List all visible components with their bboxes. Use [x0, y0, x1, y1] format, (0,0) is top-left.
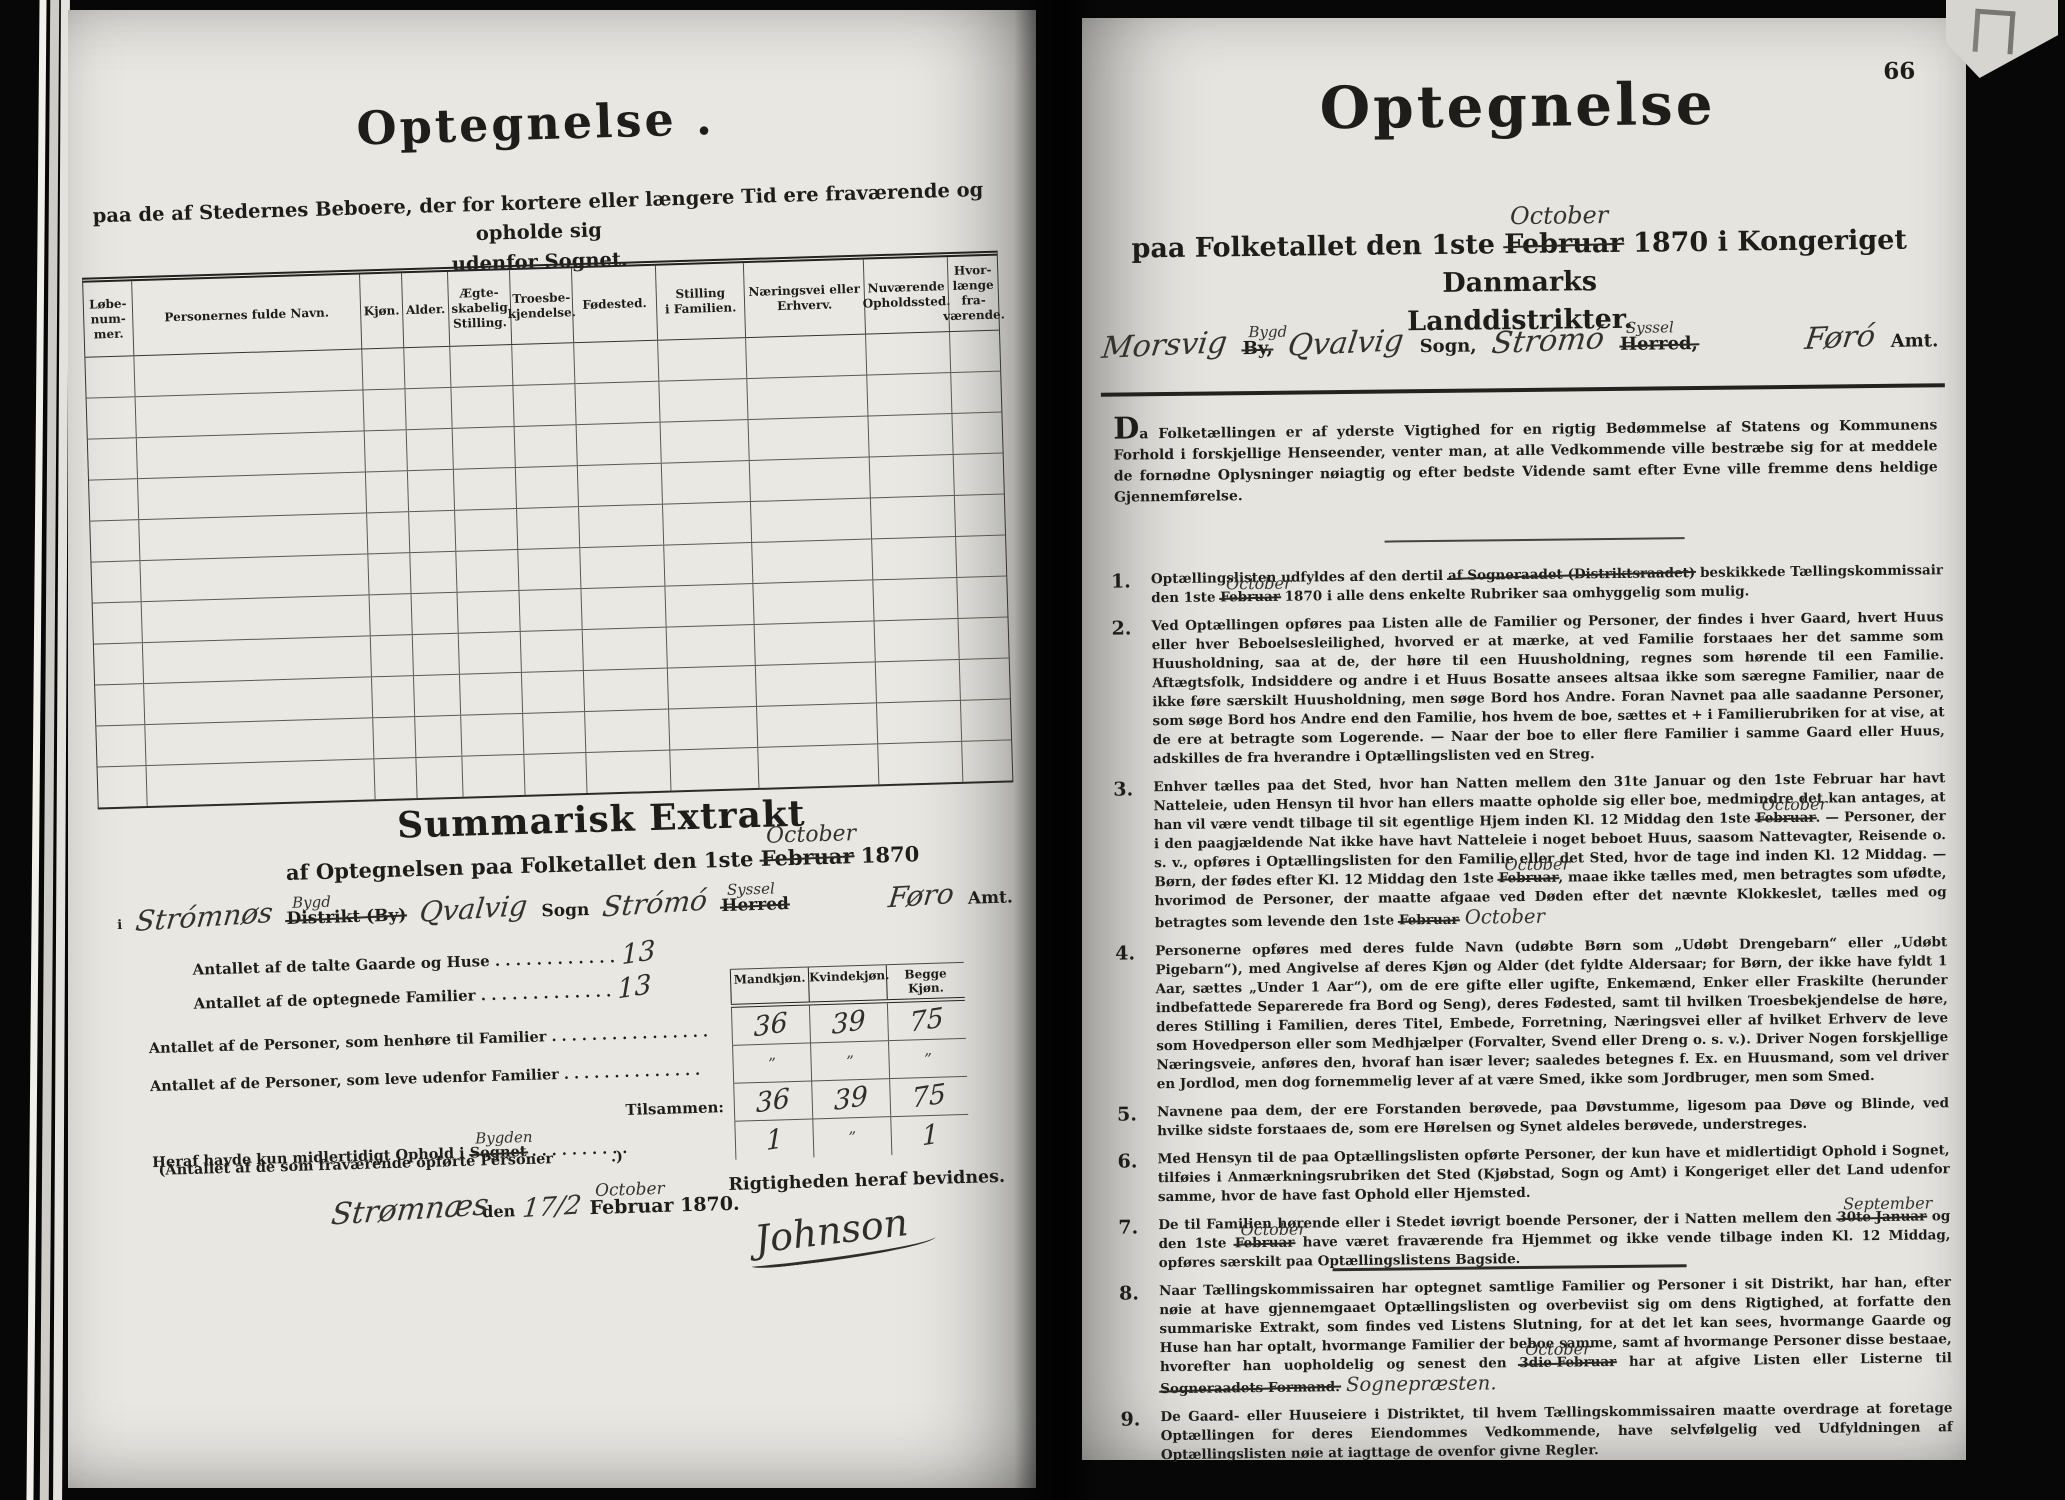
table-cell — [452, 427, 515, 469]
handwritten-value: ” — [848, 1128, 856, 1146]
table-cell — [949, 331, 1000, 372]
parish-label: Sogn, — [1420, 336, 1477, 358]
correction: FebruarOctober — [1235, 1234, 1295, 1254]
table-cell — [143, 677, 372, 724]
table-cell — [516, 507, 579, 549]
district-pre: i — [117, 918, 122, 933]
table-cell — [752, 580, 873, 624]
by-label-corrected: By,Bygd — [1243, 338, 1273, 359]
table-cell — [871, 537, 956, 579]
correction: 30te JanuarSeptember — [1837, 1207, 1926, 1227]
table-cell — [669, 748, 758, 791]
table-cell — [95, 684, 144, 725]
table-cell — [90, 520, 139, 561]
table-cell — [512, 384, 575, 426]
handwritten-value: 75 — [910, 1002, 944, 1038]
table-cell — [658, 379, 747, 422]
table-cell — [404, 388, 451, 429]
table-cell — [138, 513, 367, 560]
table-cell — [514, 425, 577, 467]
table-cell — [661, 461, 750, 504]
table-cell — [135, 390, 364, 437]
table-cell — [579, 546, 664, 588]
summary-value-cell: 39 — [809, 1003, 888, 1042]
table-cell — [953, 454, 1004, 495]
table-cell — [407, 470, 454, 511]
table-cell — [412, 634, 459, 675]
table-cell — [876, 701, 961, 743]
handwritten-value: 36 — [756, 1083, 790, 1119]
handwritten-text: October — [1504, 854, 1570, 874]
correction: FebruarOctober — [1756, 809, 1816, 829]
table-cell — [455, 550, 518, 592]
struck-text: Februar — [1399, 912, 1459, 929]
absentees-table: Løbe- num- mer.Personernes fulde Navn.Kj… — [82, 251, 1013, 810]
instruction-text: De Gaard- eller Huuseiere i Distriktet, … — [1160, 1399, 1953, 1465]
table-cell — [515, 466, 578, 508]
table-cell — [453, 468, 516, 510]
table-cell — [666, 625, 755, 668]
handwritten-value: 1 — [922, 1118, 939, 1152]
amt-label: Amt. — [1891, 330, 1939, 352]
table-cell — [369, 594, 412, 635]
handwritten-text: September — [1843, 1193, 1932, 1213]
handwritten-bygden: Bygden — [475, 1128, 533, 1148]
table-cell — [577, 464, 662, 506]
table-cell — [88, 438, 137, 479]
table-cell — [98, 766, 147, 807]
date-month-correction: Februar 1870.October — [589, 1193, 740, 1219]
table-cell — [94, 643, 143, 684]
instruction-text: Naar Tællingskommissairen har optegnet s… — [1159, 1273, 1952, 1399]
table-cell — [960, 699, 1011, 740]
struck-text: Sogneraadets Formand. — [1160, 1379, 1340, 1397]
column-header: Ægte- skabelig Stilling. — [447, 270, 511, 346]
parish-label: Sogn — [541, 900, 589, 921]
table-cell — [660, 420, 749, 463]
correction: FebruarOctober — [1499, 869, 1559, 889]
table-cell — [657, 338, 746, 381]
absentees-table-body — [85, 331, 1012, 808]
summary-value-cell: 36 — [731, 1006, 810, 1045]
table-cell — [366, 512, 409, 553]
instruction-text: Navnene paa dem, der ere Forstanden berø… — [1157, 1094, 1949, 1141]
table-cell — [745, 335, 866, 379]
month-correction: FebruarOctober — [1504, 225, 1624, 264]
table-cell — [950, 372, 1001, 413]
handwritten-text: October — [1241, 1220, 1307, 1240]
date-line: Strømnæs den 17/2 Februar 1870.October — [331, 1183, 740, 1230]
column-header: Kjøn. — [359, 273, 403, 348]
instruction-number: 7. — [1116, 1216, 1159, 1273]
table-cell — [449, 345, 512, 387]
handwritten-text: October — [1525, 1339, 1591, 1359]
handwritten-county: Strómó — [601, 884, 709, 924]
table-cell — [141, 595, 370, 642]
handwritten-county: Strómó — [1490, 321, 1607, 361]
table-cell — [748, 417, 869, 461]
district-label-corrected: Distrikt (By)Bygd — [286, 905, 406, 929]
instruction-item: 9.De Gaard- eller Huuseiere i Distriktet… — [1118, 1399, 1953, 1465]
handwritten-value: 39 — [832, 1005, 866, 1041]
handwritten-text: October — [1762, 795, 1828, 815]
table-cell — [578, 505, 663, 547]
amt-label: Amt. — [968, 887, 1014, 908]
column-header: Hvor- længe fra- værende. — [947, 256, 999, 331]
instruction-item: 8.Naar Tællingskommissairen har optegnet… — [1117, 1273, 1952, 1399]
table-cell — [755, 662, 876, 706]
column-header: Troesbe- kjendelse. — [509, 268, 573, 344]
table-cell — [576, 423, 661, 465]
table-cell — [522, 712, 585, 754]
table-cell — [93, 602, 142, 643]
intro-paragraph: Da Folketællingen er af yderste Vigtighe… — [1113, 409, 1938, 508]
table-cell — [958, 617, 1009, 658]
struck-text: af Sogneraadet (Distriktsraadet) — [1448, 565, 1696, 584]
pen-mark — [1973, 9, 2016, 55]
table-cell — [582, 628, 667, 670]
county-label-corrected: HerredSyssel — [721, 894, 789, 916]
instruction-number: 3. — [1111, 778, 1155, 933]
summary-value-cell: 1 — [890, 1115, 969, 1155]
instruction-item: 5.Navnene paa dem, der ere Forstanden be… — [1115, 1094, 1949, 1141]
table-cell — [756, 703, 877, 747]
month-correction: FebruarOctober — [760, 843, 854, 871]
table-cell — [749, 458, 870, 502]
table-cell — [459, 673, 522, 715]
table-cell — [867, 414, 952, 456]
table-cell — [869, 455, 954, 497]
table-cell — [574, 382, 659, 424]
summary-column-header: Kvindekjøn. — [808, 965, 887, 1001]
table-cell — [959, 658, 1010, 699]
table-cell — [746, 376, 867, 420]
table-cell — [96, 725, 145, 766]
extract-subtitle-prefix: af Optegnelsen paa Folketallet den 1ste — [286, 846, 754, 885]
instruction-item: 7.De til Familien hørende eller i Stedet… — [1116, 1207, 1951, 1273]
table-cell — [415, 757, 462, 798]
table-cell — [146, 759, 375, 806]
summary-value-cell: ” — [888, 1039, 967, 1078]
handwritten-value: 75 — [912, 1078, 946, 1114]
handwritten-district: Strómnøs — [134, 896, 275, 938]
table-cell — [414, 716, 461, 757]
instruction-text: Ved Optællingen opføres paa Listen alle … — [1151, 608, 1945, 769]
table-cell — [365, 471, 408, 512]
column-header: Stilling i Familien. — [655, 263, 745, 340]
instruction-item: 3.Enhver tælles paa det Sted, hvor han N… — [1111, 769, 1947, 933]
instruction-number: 2. — [1109, 617, 1153, 769]
table-cell — [517, 548, 580, 590]
table-cell — [580, 587, 665, 629]
handwritten-amt: Føro — [887, 877, 956, 914]
instruction-item: 1.Optællingslisten udfyldes af den derti… — [1109, 561, 1943, 608]
handwritten-day: 17/2 — [521, 1190, 583, 1224]
summary-value-cell: 75 — [887, 1001, 966, 1040]
table-cell — [956, 576, 1007, 617]
table-cell — [454, 509, 517, 551]
table-cell — [413, 675, 460, 716]
column-header: Personernes fulde Navn. — [131, 275, 361, 356]
horizontal-rule — [1101, 383, 1945, 397]
extract-year: 1870 — [860, 841, 919, 868]
summary-value-cell: 39 — [811, 1079, 890, 1118]
instruction-number: 5. — [1115, 1103, 1157, 1141]
instruction-number: 6. — [1115, 1150, 1158, 1207]
divider-rule — [1385, 537, 1685, 542]
table-cell — [89, 479, 138, 520]
instruction-text: Med Hensyn til de paa Optællingslisten o… — [1157, 1141, 1950, 1207]
table-cell — [460, 714, 523, 756]
table-cell — [750, 498, 871, 542]
table-cell — [866, 373, 951, 415]
table-cell — [361, 348, 404, 389]
table-cell — [367, 553, 410, 594]
table-cell — [523, 753, 586, 795]
table-cell — [961, 740, 1012, 781]
table-cell — [521, 671, 584, 713]
spacer — [803, 907, 875, 909]
table-cell — [85, 356, 134, 397]
handwritten-place: Strømnæs — [330, 1187, 491, 1232]
table-cell — [583, 669, 668, 711]
column-header: Løbe- num- mer. — [83, 281, 133, 356]
table-cell — [371, 676, 414, 717]
column-header: Nuværende Opholdssted. — [863, 257, 949, 333]
handwritten-text: October — [1458, 905, 1545, 929]
left-page: Optegnelse . paa de af Stedernes Beboere… — [68, 10, 1036, 1488]
instruction-item: 2.Ved Optællingen opføres paa Listen all… — [1109, 608, 1945, 769]
table-cell — [662, 502, 751, 545]
column-header: Fødested. — [571, 266, 657, 342]
table-cell — [364, 430, 407, 471]
table-cell — [663, 543, 752, 586]
handwritten-month: October — [1510, 199, 1609, 234]
table-cell — [664, 584, 753, 627]
table-cell — [870, 496, 955, 538]
summary-value-cell: 36 — [733, 1081, 812, 1120]
table-cell — [408, 511, 455, 552]
handwritten-month: October — [766, 821, 857, 849]
table-cell — [406, 429, 453, 470]
instruction-item: 6.Med Hensyn til de paa Optællingslisten… — [1115, 1141, 1950, 1207]
table-cell — [373, 758, 416, 799]
table-cell — [585, 751, 670, 793]
handwritten-text: Sognepræsten. — [1340, 1371, 1497, 1396]
table-cell — [372, 717, 415, 758]
handwritten-value: ” — [846, 1052, 854, 1070]
handwritten-value: 1 — [766, 1123, 783, 1157]
table-cell — [668, 707, 757, 750]
table-cell — [87, 397, 136, 438]
instruction-text: Personerne opføres med deres fulde Navn … — [1155, 933, 1949, 1094]
instruction-text: Enhver tælles paa det Sted, hvor han Nat… — [1153, 769, 1947, 933]
handwritten-value: ” — [768, 1054, 776, 1072]
herred-label-corrected: Herred,Syssel — [1620, 333, 1698, 355]
handwritten-parish: Qvalvig — [418, 889, 529, 929]
table-cell — [511, 343, 574, 385]
summary-values: 1”1 — [734, 1115, 969, 1160]
table-cell — [450, 386, 513, 428]
summary-value-cell: 1 — [734, 1119, 813, 1159]
summary-value-cell: ” — [732, 1044, 811, 1083]
table-cell — [520, 630, 583, 672]
table-cell — [875, 660, 960, 702]
handwritten-parish: Qvalvig — [1286, 323, 1406, 363]
table-cell — [667, 666, 756, 709]
table-cell — [584, 710, 669, 752]
right-page: 66 Optegnelse paa Folketallet den 1ste F… — [1082, 18, 1966, 1460]
correction: FebruarOctober — [1220, 588, 1280, 608]
attestation-text: Rigtigheden heraf bevidnes. — [728, 1167, 1005, 1195]
table-cell — [872, 578, 957, 620]
summary-value-cell: ” — [810, 1041, 889, 1080]
table-cell — [457, 591, 520, 633]
column-header: Alder. — [401, 272, 449, 347]
table-cell — [403, 347, 450, 388]
table-cell — [754, 621, 875, 665]
table-cell — [955, 535, 1006, 576]
handwritten-value: ” — [924, 1049, 932, 1067]
instruction-number: 1. — [1109, 570, 1151, 608]
instructions-list: 1.Optællingslisten udfyldes af den derti… — [1109, 561, 1953, 1474]
handwritten-value: 13 — [621, 935, 655, 971]
summary-column-header: Mandkjøn. — [730, 968, 809, 1004]
table-cell — [954, 495, 1005, 536]
table-cell — [136, 431, 365, 478]
instruction-number: 8. — [1117, 1282, 1160, 1399]
spacer — [1714, 348, 1789, 349]
table-cell — [951, 413, 1002, 454]
table-cell — [144, 718, 373, 765]
table-cell — [874, 619, 959, 661]
handwritten-value: 36 — [754, 1007, 788, 1043]
place-line: Morsvig By,Bygd Qvalvig Sogn, Strómó Her… — [1102, 319, 1938, 363]
instruction-number: 4. — [1113, 942, 1157, 1094]
table-cell — [518, 589, 581, 631]
table-cell — [133, 350, 362, 397]
table-cell — [409, 552, 456, 593]
instruction-text: De til Familien hørende eller i Stedet i… — [1158, 1207, 1951, 1273]
column-header: Næringsvei eller Erhverv. — [743, 260, 865, 338]
instruction-number: 9. — [1118, 1408, 1161, 1465]
table-cell — [865, 332, 950, 374]
summary-value-cell: 75 — [889, 1077, 968, 1116]
handwritten-village: Morsvig — [1100, 325, 1229, 366]
table-cell — [877, 742, 962, 784]
correction: 3die FebruarOctober — [1519, 1353, 1616, 1373]
summary-table: Mandkjøn.Kvindekjøn.Begge Kjøn. Antallet… — [147, 962, 969, 1177]
table-cell — [91, 561, 140, 602]
instruction-text: Optællingslisten udfyldes af den dertil … — [1151, 561, 1943, 608]
table-cell — [757, 744, 878, 788]
handwritten-amt: Føró — [1803, 319, 1878, 357]
table-cell — [142, 636, 371, 683]
handwritten-value: 39 — [834, 1081, 868, 1117]
table-cell — [751, 539, 872, 583]
summary-column-header: Begge Kjøn. — [886, 963, 965, 999]
table-cell — [370, 635, 413, 676]
table-cell — [411, 593, 458, 634]
table-cell — [362, 389, 405, 430]
right-page-title: Optegnelse — [1075, 67, 1960, 145]
handwritten-text: October — [1226, 574, 1292, 594]
summary-value-cell: ” — [812, 1117, 891, 1157]
table-cell — [573, 341, 658, 383]
left-page-title: Optegnelse . — [51, 82, 1020, 165]
table-cell — [461, 755, 524, 797]
signature: Johnson — [748, 1205, 935, 1262]
table-cell — [137, 472, 366, 519]
instruction-item: 4.Personerne opføres med deres fulde Nav… — [1113, 933, 1949, 1094]
table-cell — [458, 632, 521, 674]
table-cell — [139, 554, 368, 601]
